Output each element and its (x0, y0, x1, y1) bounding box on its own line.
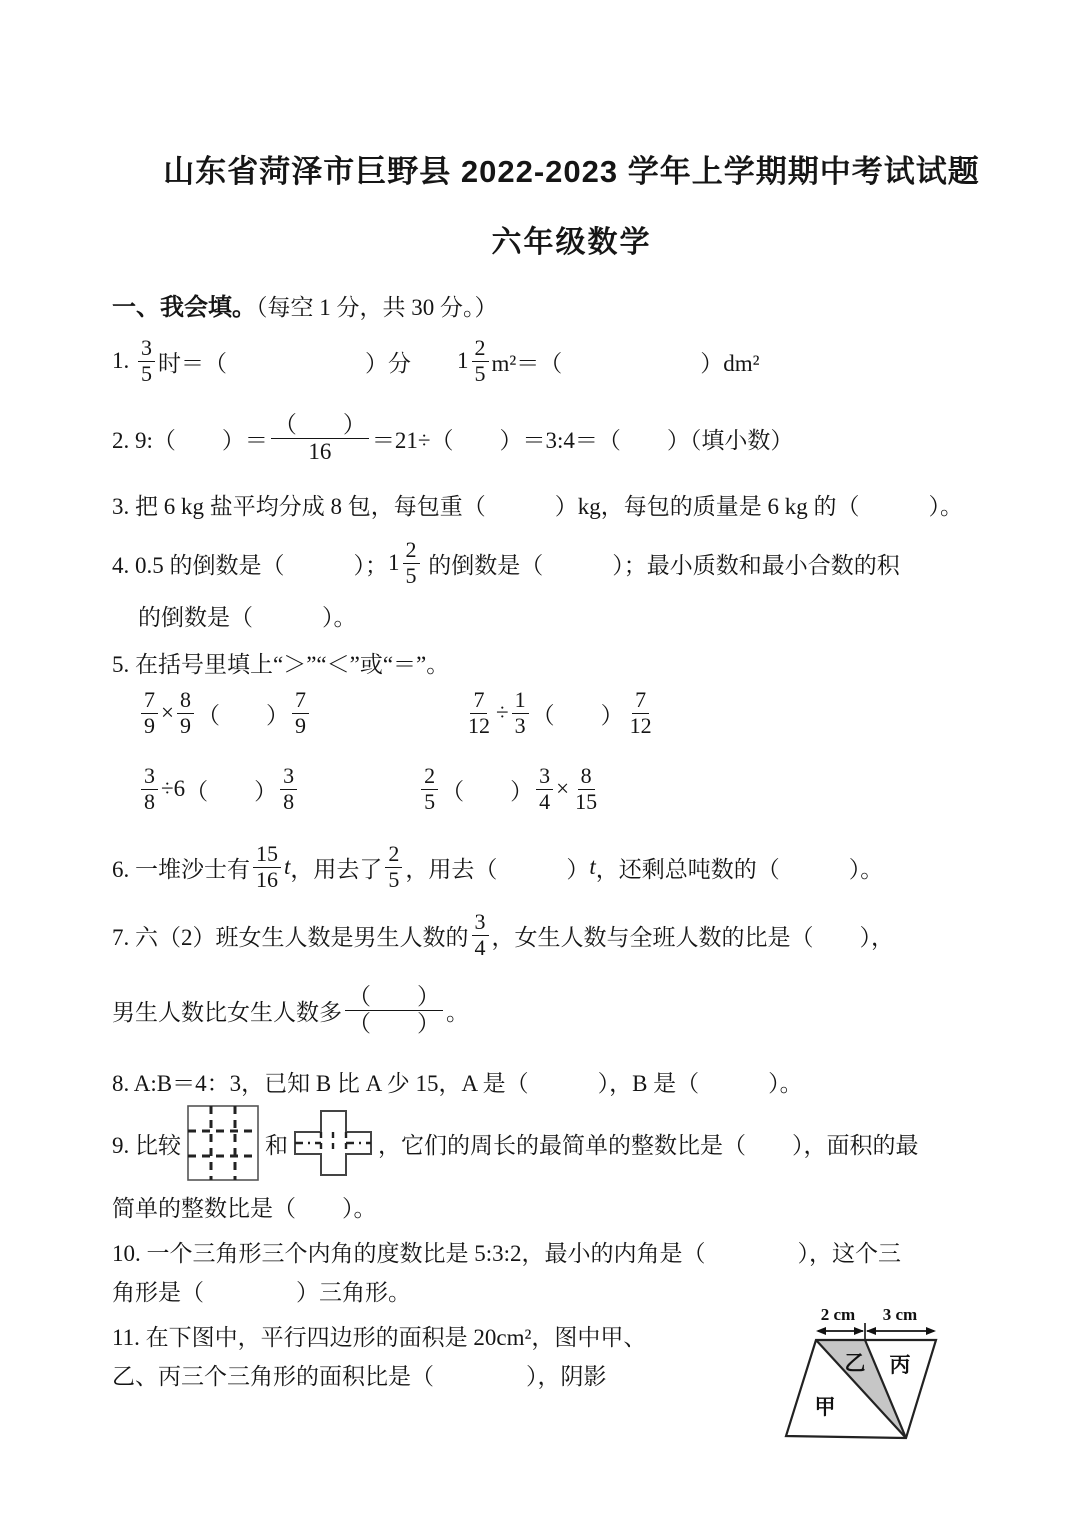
fraction: 34 (536, 764, 553, 814)
q5-operator: ÷6 (161, 776, 185, 802)
figure-dim-right: 3 cm (883, 1305, 917, 1324)
fraction: 89 (177, 688, 194, 738)
grid-square-shape (187, 1105, 259, 1181)
fraction: 25 (421, 764, 438, 814)
question-10-line-1: 10. 一个三角形三个内角的度数比是 5:3:2，最小的内角是（ ），这个三 (112, 1235, 1031, 1268)
q7-text-4: 。 (446, 994, 469, 1027)
q6-text-2: ，用去了 (290, 851, 382, 884)
question-5-row-2: 38 ÷6 （ ） 38 25 （ ） 34 × 815 (112, 761, 1031, 817)
question-8: 8. A:B＝4：3，已知 B 比 A 少 15，A 是（ ），B 是（ ）。 (112, 1065, 1031, 1098)
question-4-line-1: 4. 0.5 的倒数是（ ）； 1 25 的倒数是（ ）；最小质数和最小合数的积 (112, 535, 1031, 591)
question-9-line-1: 9. 比较 和 ，它们的周长的最简单的整数比是（ ），面积的最 (112, 1104, 1031, 1182)
question-4-line-2: 的倒数是（ ）。 (112, 599, 1031, 632)
q4-text-2: 的倒数是（ ）；最小质数和最小合数的积 (423, 547, 900, 580)
fraction: 13 (512, 688, 529, 738)
q8-text: 8. A:B＝4：3，已知 B 比 A 少 15，A 是（ ），B 是（ ）。 (112, 1065, 803, 1098)
q10-text-2: 角形是（ ）三角形。 (112, 1274, 411, 1307)
q5-operator: × (556, 776, 569, 802)
fraction: 815 (572, 764, 600, 814)
q10-text: 10. 一个三角形三个内角的度数比是 5:3:2，最小的内角是（ ），这个三 (112, 1235, 901, 1268)
fraction: 25 (403, 538, 420, 588)
q1-text: 时＝（ ）分 (158, 345, 457, 378)
question-7-line-1: 7. 六（2）班女生人数是男生人数的 34 ，女生人数与全班人数的比是（ ）， (112, 907, 1031, 963)
page-subtitle: 六年级数学 (112, 217, 1031, 261)
q5-compare-blank: （ ） (532, 697, 624, 730)
q1-mixed-whole: 1 (457, 348, 469, 374)
q5-compare-blank: （ ） (197, 697, 289, 730)
fraction: 712 (627, 688, 655, 738)
section-heading-note: （每空 1 分，共 30 分。） (256, 295, 498, 320)
figure-label-yi: 乙 (845, 1351, 866, 1375)
q2-text-2: ＝21÷（ ）＝3:4＝（ ）（填小数） (372, 422, 794, 455)
q9-text-3: ，它们的周长的最简单的整数比是（ ），面积的最 (378, 1127, 919, 1160)
question-7-line-2: 男生人数比女生人数多 （ ）（ ） 。 (112, 977, 1031, 1043)
q5-text: 5. 在括号里填上“＞”“＜”或“＝”。 (112, 646, 449, 679)
q5-compare-blank: （ ） (185, 773, 277, 806)
q6-text-3: ，用去（ ） (405, 851, 589, 884)
fraction: 1516 (253, 842, 281, 892)
section-heading: 一、我会填。（每空 1 分，共 30 分。） (112, 287, 1031, 322)
q5-operator: × (161, 700, 174, 726)
q7-text: 7. 六（2）班女生人数是男生人数的 (112, 919, 469, 952)
q11-text-2: 乙、丙三个三角形的面积比是（ ），阴影 (112, 1358, 607, 1391)
q9-text: 9. 比较 (112, 1127, 181, 1160)
q5-operator: ÷ (496, 700, 509, 726)
fraction: （ ）16 (271, 412, 369, 465)
q7-text-2: ，女生人数与全班人数的比是（ ）， (492, 919, 895, 952)
q4-text-3: 的倒数是（ ）。 (138, 599, 357, 632)
question-3: 3. 把 6 kg 盐平均分成 8 包，每包重（ ）kg，每包的质量是 6 kg… (112, 488, 1031, 521)
q3-text: 3. 把 6 kg 盐平均分成 8 包，每包重（ ）kg，每包的质量是 6 kg… (112, 488, 963, 521)
q6-text-4: ，还剩总吨数的（ ）。 (596, 851, 884, 884)
fraction: 38 (280, 764, 297, 814)
q5-compare-blank: （ ） (441, 773, 533, 806)
figure-label-bing: 丙 (890, 1353, 911, 1377)
q9-text-2: 和 (265, 1127, 288, 1160)
figure-label-jia: 甲 (815, 1395, 836, 1419)
cross-shape (294, 1110, 372, 1176)
fraction: 34 (472, 910, 489, 960)
q7-text-3: 男生人数比女生人数多 (112, 994, 342, 1027)
fraction: 79 (141, 688, 158, 738)
fraction: 35 (138, 336, 155, 386)
figure-dim-left: 2 cm (821, 1305, 855, 1324)
q2-text: 2. 9:（ ）＝ (112, 422, 268, 455)
q11-text: 11. 在下图中，平行四边形的面积是 20cm²，图中甲、 (112, 1319, 646, 1352)
question-5-heading: 5. 在括号里填上“＞”“＜”或“＝”。 (112, 646, 1031, 679)
fraction: （ ）（ ） (345, 984, 443, 1037)
q4-mixed-whole: 1 (388, 550, 400, 576)
fraction: 79 (292, 688, 309, 738)
parallelogram-figure: 2 cm 3 cm 乙 丙 甲 (778, 1292, 950, 1452)
question-2: 2. 9:（ ）＝ （ ）16 ＝21÷（ ）＝3:4＝（ ）（填小数） (112, 396, 1031, 480)
question-9-line-2: 简单的整数比是（ ）。 (112, 1190, 1031, 1223)
question-5-row-1: 79 × 89 （ ） 79 712 ÷ 13 （ ） 712 (112, 685, 1031, 741)
question-6: 6. 一堆沙士有 1516 t ，用去了 25 ，用去（ ） t ，还剩总吨数的… (112, 839, 1031, 895)
q1-number: 1. (112, 348, 135, 374)
fraction: 25 (385, 842, 402, 892)
section-heading-label: 一、我会填。 (112, 294, 256, 321)
q1-text-2: m²＝（ ）dm² (492, 345, 760, 378)
fraction: 38 (141, 764, 158, 814)
exam-page: 山东省菏泽市巨野县 2022-2023 学年上学期期中考试试题 六年级数学 一、… (0, 0, 1086, 1535)
fraction: 712 (465, 688, 493, 738)
q6-text: 6. 一堆沙士有 (112, 851, 250, 884)
fraction: 25 (472, 336, 489, 386)
q4-text: 4. 0.5 的倒数是（ ）； (112, 547, 388, 580)
question-1: 1. 35 时＝（ ）分 1 25 m²＝（ ）dm² (112, 336, 1031, 386)
q9-text-4: 简单的整数比是（ ）。 (112, 1190, 377, 1223)
page-title: 山东省菏泽市巨野县 2022-2023 学年上学期期中考试试题 (112, 146, 1031, 191)
